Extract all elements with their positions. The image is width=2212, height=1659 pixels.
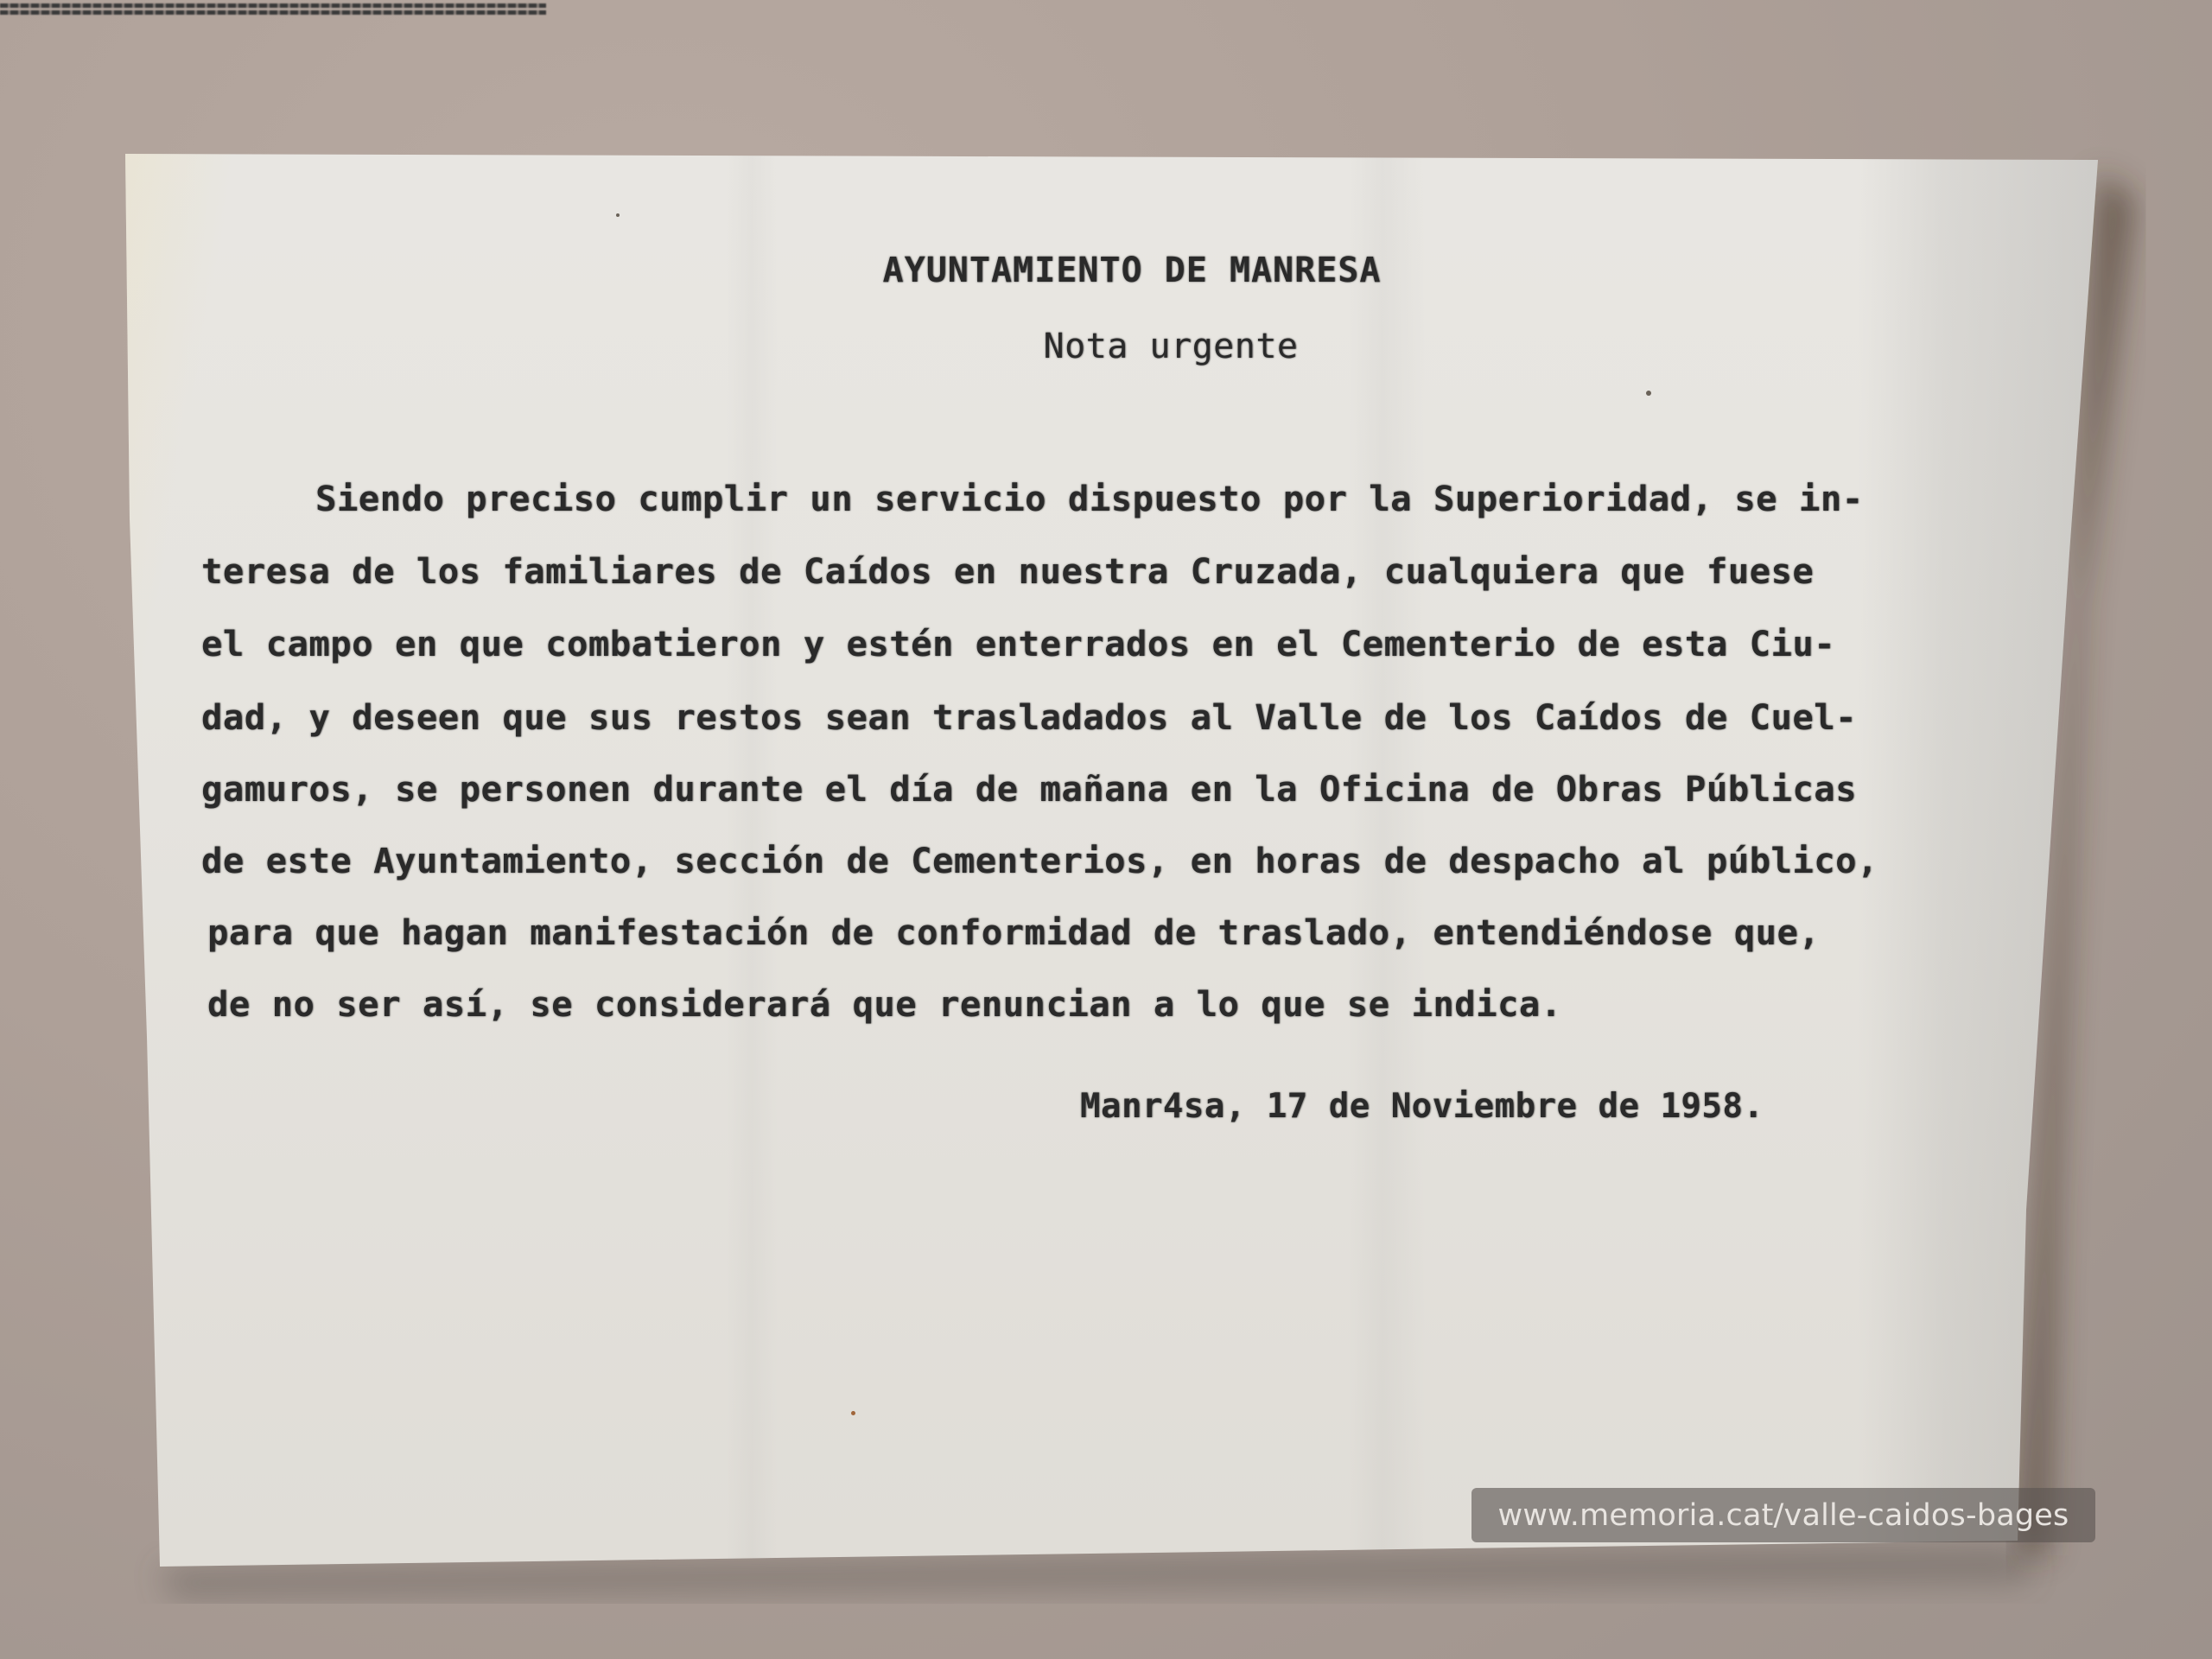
- title-separator: [0, 0, 546, 17]
- rust-speck: [851, 1411, 855, 1415]
- body-line: el campo en que combatieron y estén ente…: [201, 623, 1964, 664]
- body-line: teresa de los familiares de Caídos en nu…: [201, 550, 1964, 592]
- document-subtitle: Nota urgente: [1028, 327, 1313, 366]
- watermark-text: www.memoria.cat/valle-caidos-bages: [1498, 1498, 2069, 1533]
- paper-texture: [0, 0, 2212, 1659]
- body-line: de no ser así, se considerará que renunc…: [207, 983, 1970, 1025]
- body-line: dad, y deseen que sus restos sean trasla…: [201, 696, 1964, 738]
- body-line: de este Ayuntamiento, sección de Cemente…: [201, 840, 1964, 881]
- body-line: para que hagan manifestación de conformi…: [207, 912, 1970, 953]
- date-line: Manr4sa, 17 de Noviembre de 1958.: [1080, 1087, 1764, 1126]
- source-watermark: www.memoria.cat/valle-caidos-bages: [1471, 1488, 2095, 1542]
- ink-speck: [616, 213, 620, 217]
- body-line: gamuros, se personen durante el día de m…: [201, 768, 1964, 810]
- body-line: Siendo preciso cumplir un servicio dispu…: [315, 478, 2078, 519]
- document-title: AYUNTAMIENTO DE MANRESA: [860, 251, 1404, 290]
- ink-speck: [1646, 391, 1651, 396]
